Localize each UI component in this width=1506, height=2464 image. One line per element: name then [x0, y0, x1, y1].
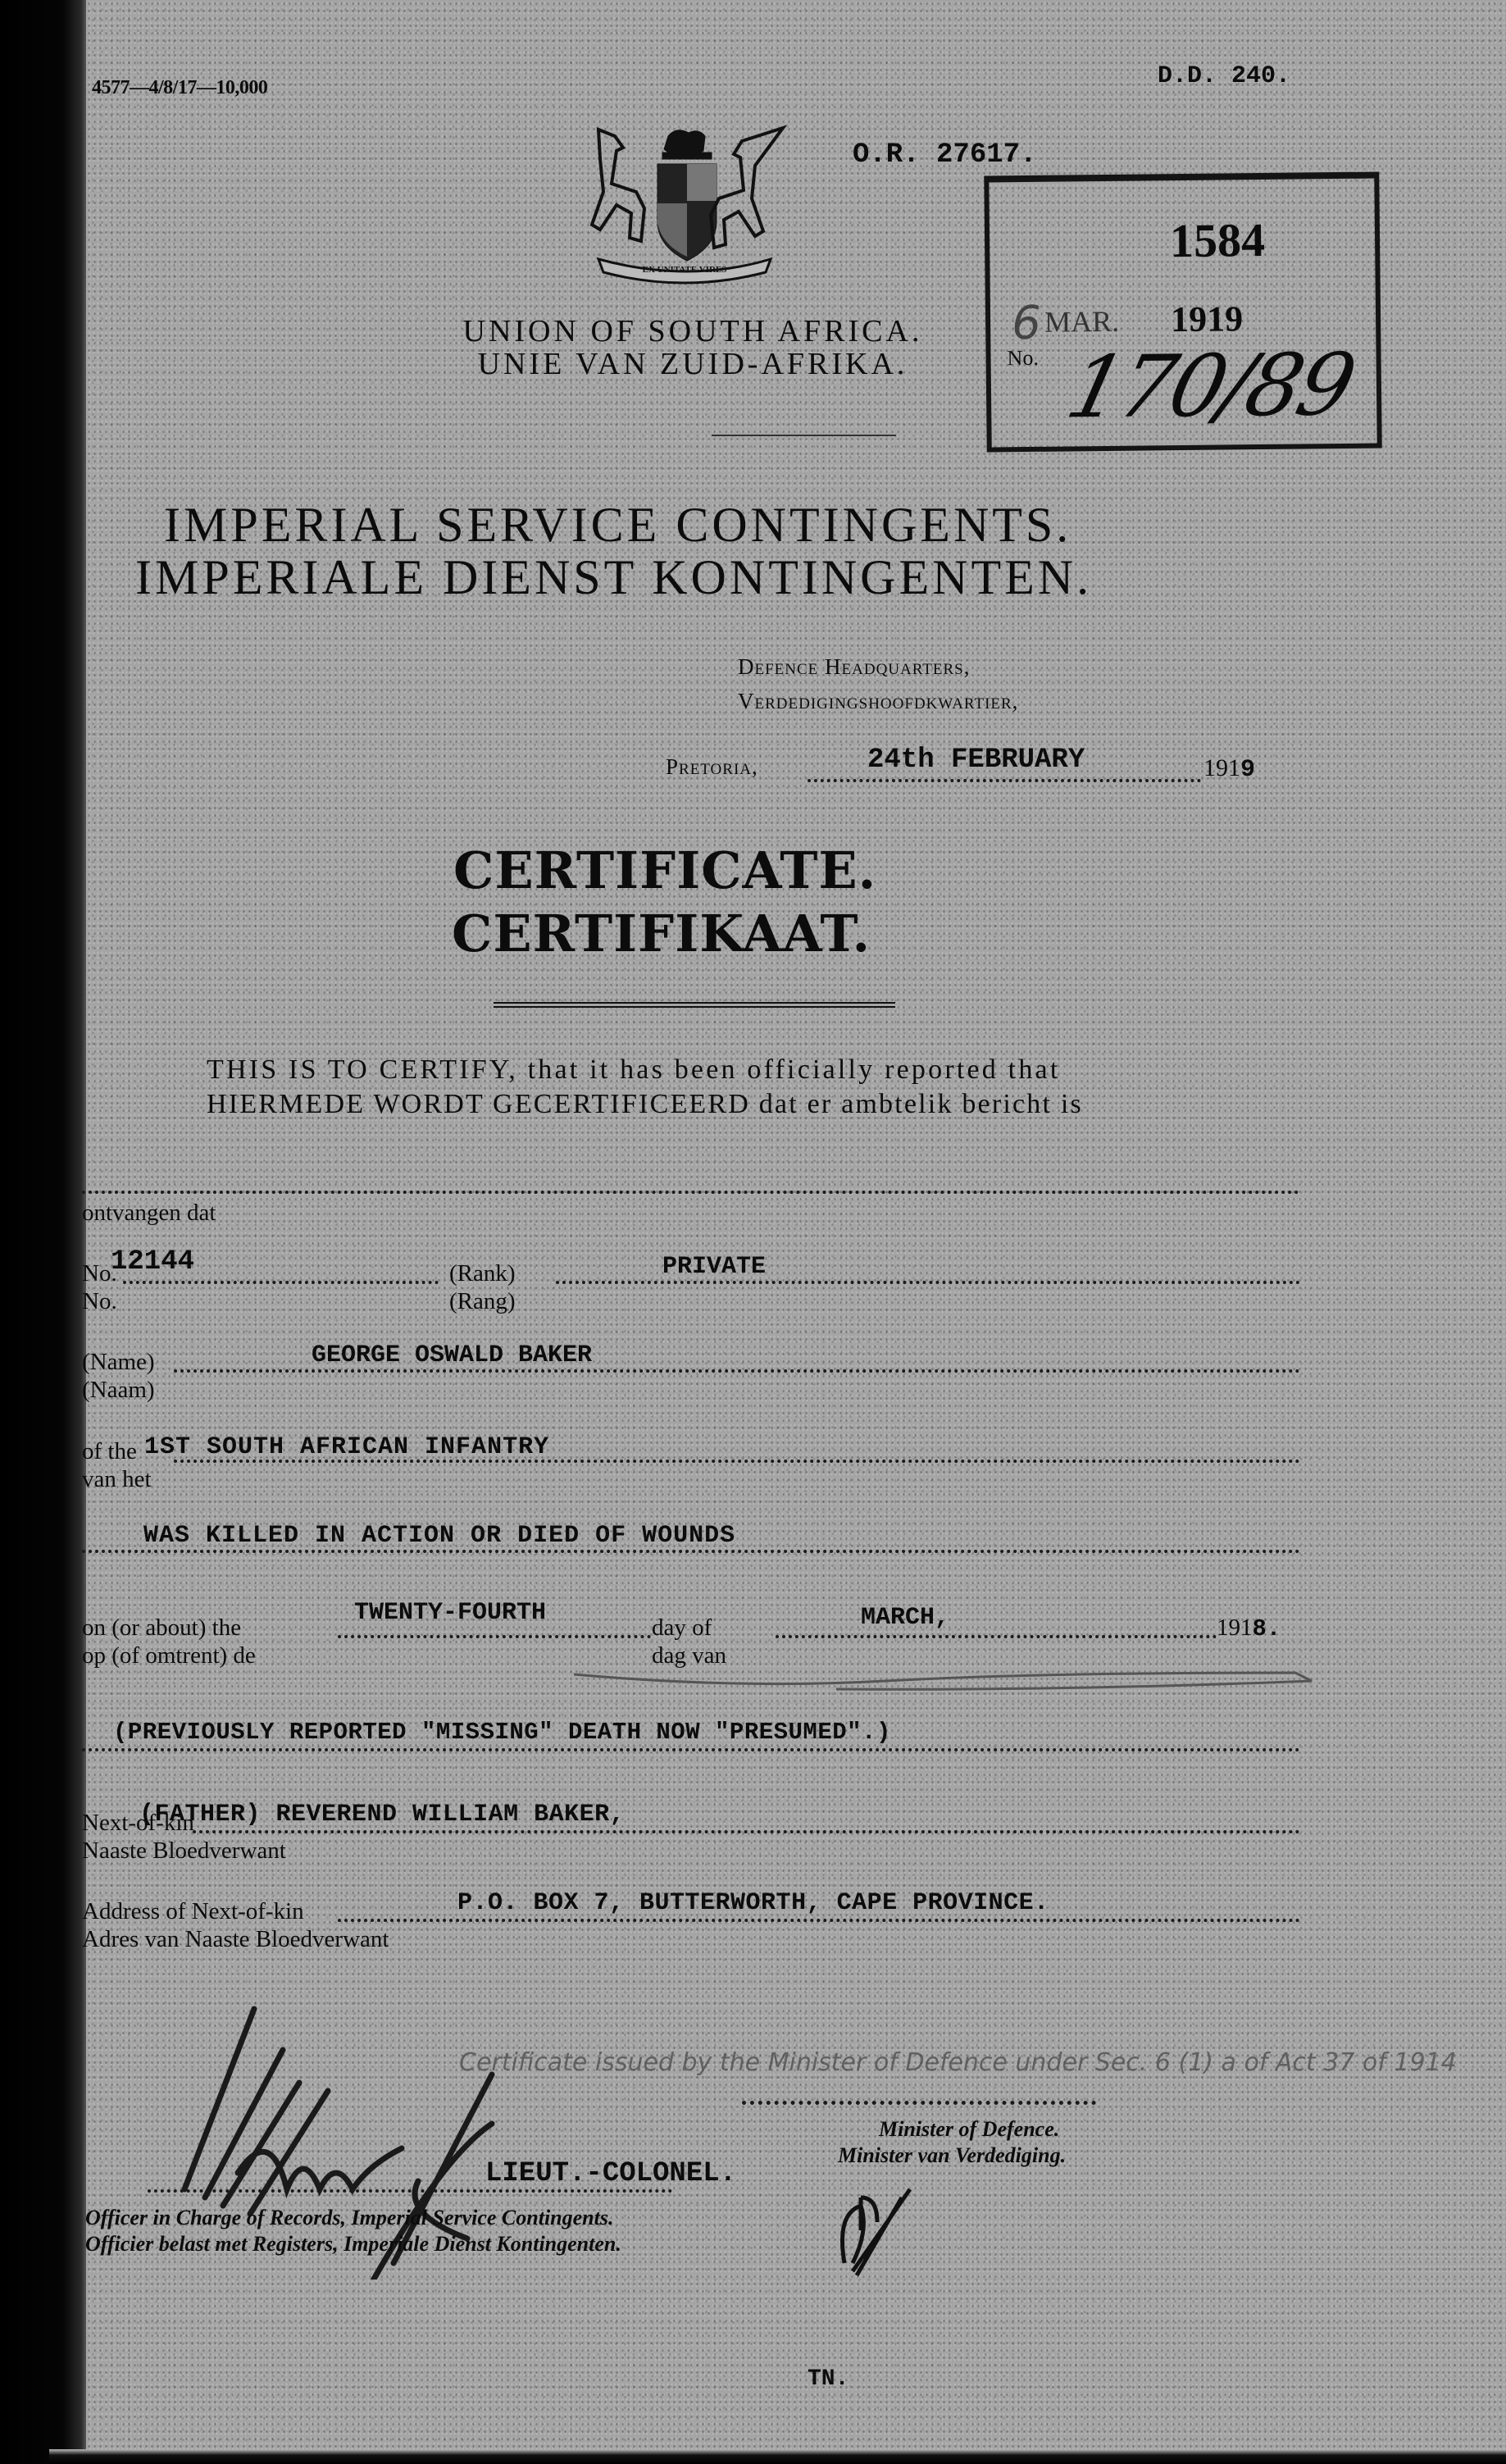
- rank-label-af: (Rang): [449, 1289, 516, 1314]
- unit-label-en: of the: [82, 1439, 137, 1464]
- status-dots: [82, 1550, 1300, 1553]
- address-label-en: Address of Next-of-kin: [82, 1899, 304, 1924]
- or-reference: O.R. 27617.: [853, 139, 1036, 171]
- form-print-code: 4577—4/8/17—10,000: [92, 77, 267, 99]
- certify-af: HIERMEDE WORDT GECERTIFICEERD dat er amb…: [207, 1089, 1083, 1120]
- certificate-title-af: CERTIFIKAAT.: [452, 908, 871, 960]
- blank-line-dots: [82, 1191, 1299, 1194]
- place-date-dots: [808, 779, 1201, 782]
- title-rule: [494, 1002, 895, 1008]
- received-stamp: 1584 6 MAR. 1919 No. 170/89: [984, 171, 1382, 452]
- stamp-number: 1584: [1170, 212, 1266, 268]
- country-en: UNION OF SOUTH AFRICA.: [426, 315, 959, 348]
- nok-label-af: Naaste Bloedverwant: [82, 1838, 286, 1863]
- hq-af: Verdedigingshoofdkwartier,: [738, 689, 1018, 714]
- place-date-value: 24th FEBRUARY: [867, 745, 1085, 776]
- officer-signature-dots: [148, 2189, 672, 2193]
- hq-en: Defence Headquarters,: [738, 654, 970, 680]
- name-value: GEORGE OSWALD BAKER: [312, 1341, 592, 1369]
- address-label-af: Adres van Naaste Bloedverwant: [82, 1927, 389, 1952]
- certificate-title-en: CERTIFICATE.: [453, 845, 876, 897]
- status-value: WAS KILLED IN ACTION OR DIED OF WOUNDS: [143, 1522, 735, 1550]
- date-label-af: op (of omtrent) de: [82, 1643, 256, 1668]
- scan-dark-margin: [0, 0, 90, 2464]
- day-of-label-en: day of: [652, 1615, 712, 1640]
- minister-title-en: Minister of Defence.: [879, 2117, 1059, 2142]
- date-label-en: on (or about) the: [82, 1615, 241, 1640]
- place-year: 1919: [1203, 754, 1255, 784]
- certify-en: THIS IS TO CERTIFY, that it has been off…: [207, 1054, 1060, 1086]
- officer-title-af: Officier belast met Registers, Imperiale…: [85, 2232, 621, 2257]
- unit-label-af: van het: [82, 1467, 152, 1492]
- nok-value: (FATHER) REVEREND WILLIAM BAKER,: [139, 1801, 625, 1829]
- name-dots: [174, 1369, 1300, 1373]
- coat-of-arms-icon: EX UNITATE VIRES: [566, 113, 803, 298]
- minister-signature-dots: [742, 2101, 1096, 2105]
- address-value: P.O. BOX 7, BUTTERWORTH, CAPE PROVINCE.: [457, 1889, 1049, 1917]
- place-label: Pretoria,: [666, 754, 758, 780]
- country-af: UNIE VAN ZUID-AFRIKA.: [426, 348, 959, 380]
- day-value: TWENTY-FOURTH: [354, 1599, 546, 1627]
- department-af: IMPERIALE DIENST KONTINGENTEN.: [135, 551, 1092, 603]
- stamp-year: 1919: [1171, 298, 1244, 340]
- typist-initials: TN.: [808, 2366, 849, 2392]
- name-label-en: (Name): [82, 1350, 155, 1374]
- stamp-day: 6: [1012, 297, 1041, 350]
- address-dots: [338, 1919, 1300, 1922]
- officer-rank: LIEUT.-COLONEL.: [485, 2158, 736, 2189]
- department-en: IMPERIAL SERVICE CONTINGENTS.: [164, 499, 1071, 551]
- no-label-af: No.: [82, 1289, 117, 1314]
- death-year: 1918.: [1217, 1615, 1281, 1642]
- remark-value: (PREVIOUSLY REPORTED "MISSING" DEATH NOW…: [113, 1719, 891, 1746]
- nok-dots: [193, 1830, 1300, 1833]
- stamp-no-label: No.: [1007, 346, 1039, 371]
- month-value: MARCH,: [861, 1604, 949, 1632]
- rank-label-en: (Rank): [449, 1261, 516, 1286]
- received-af: ontvangen dat: [82, 1200, 216, 1225]
- rank-value: PRIVATE: [662, 1253, 766, 1281]
- day-dots: [338, 1635, 651, 1638]
- divider-short: [712, 435, 896, 436]
- country-title: UNION OF SOUTH AFRICA. UNIE VAN ZUID-AFR…: [426, 315, 959, 380]
- stamp-handwritten-number: 170/89: [1058, 335, 1362, 438]
- initials-mark: [828, 2165, 918, 2280]
- unit-value: 1ST SOUTH AFRICAN INFANTRY: [144, 1433, 549, 1461]
- service-number: 12144: [111, 1246, 194, 1278]
- form-number: D.D. 240.: [1158, 62, 1290, 90]
- remark-dots: [82, 1748, 1300, 1751]
- officer-title-en: Officer in Charge of Records, Imperial S…: [85, 2206, 613, 2230]
- scan-bottom-edge: [49, 2449, 1506, 2464]
- name-label-af: (Naam): [82, 1378, 155, 1402]
- pencil-stroke: [574, 1656, 1328, 1697]
- rank-dots: [556, 1281, 1300, 1284]
- stamp-month: MAR.: [1044, 304, 1119, 339]
- month-dots: [776, 1635, 1217, 1638]
- svg-text:EX UNITATE VIRES: EX UNITATE VIRES: [643, 265, 727, 275]
- no-dots: [123, 1281, 439, 1284]
